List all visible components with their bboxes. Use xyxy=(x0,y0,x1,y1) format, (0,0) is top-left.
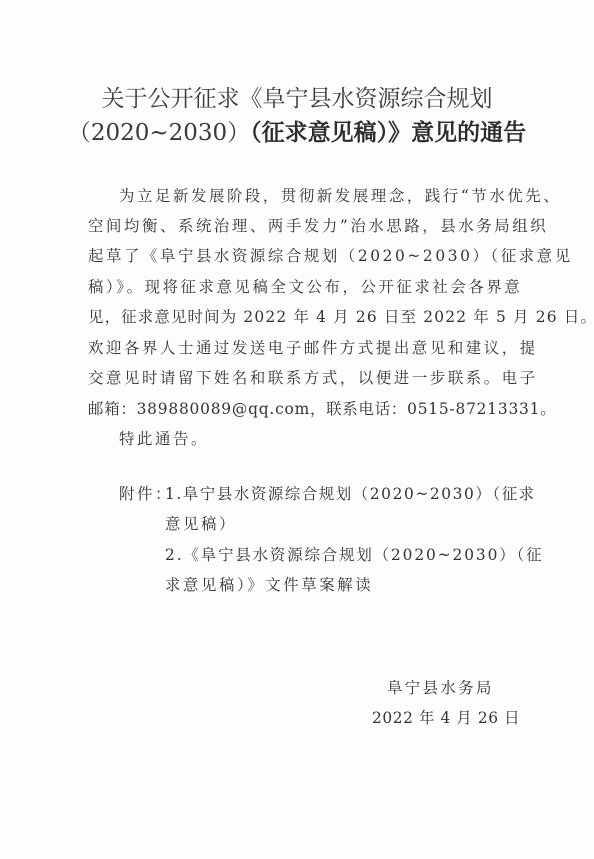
body-line-2: 空间均衡、系统治理、两手发力”治水思路，县水务局组织 xyxy=(88,216,548,236)
title-line-2: （2020~2030）（征求意见稿）》意见的通告 xyxy=(0,114,594,147)
body-line-5: 见，征求意见时间为 2022 年 4 月 26 日至 2022 年 5 月 26… xyxy=(88,307,594,327)
signature-org: 阜宁县水务局 xyxy=(387,676,494,698)
title-suffix: （征求意见稿）》意见的通告 xyxy=(250,119,526,146)
signature-date: 2022 年 4 月 26 日 xyxy=(372,706,520,728)
body-line-1: 为立足新发展阶段，贯彻新发展理念，践行“节水优先、 xyxy=(119,186,561,206)
attachment-1: 1.阜宁县水资源综合规划（2020~2030）（征求 xyxy=(165,484,536,504)
attachment-1-cont: 意见稿） xyxy=(165,514,237,534)
attachment-2-cont: 求意见稿）》文件草案解读 xyxy=(165,575,373,595)
title-year-range: （2020~2030） xyxy=(68,120,250,146)
attachment-2: 2.《阜宁县水资源综合规划（2020~2030）（征 xyxy=(165,545,543,565)
document-page: 关于公开征求《阜宁县水资源综合规划 （2020~2030）（征求意见稿）》意见的… xyxy=(0,0,594,859)
body-line-4: 稿）》。现将征求意见稿全文公布，公开征求社会各界意 xyxy=(88,277,522,297)
body-line-6: 欢迎各界人士通过发送电子邮件方式提出意见和建议，提 xyxy=(88,338,538,358)
title-line-1: 关于公开征求《阜宁县水资源综合规划 xyxy=(0,80,594,113)
body-line-3: 起草了《阜宁县水资源综合规划（2020~2030）（征求意见 xyxy=(88,246,573,266)
body-line-8-contact: 邮箱：389880089@qq.com，联系电话：0515-87213331。 xyxy=(88,399,556,419)
body-closing: 特此通告。 xyxy=(119,429,209,449)
body-line-7: 交意见时请留下姓名和联系方式，以便进一步联系。电子 xyxy=(88,368,538,388)
